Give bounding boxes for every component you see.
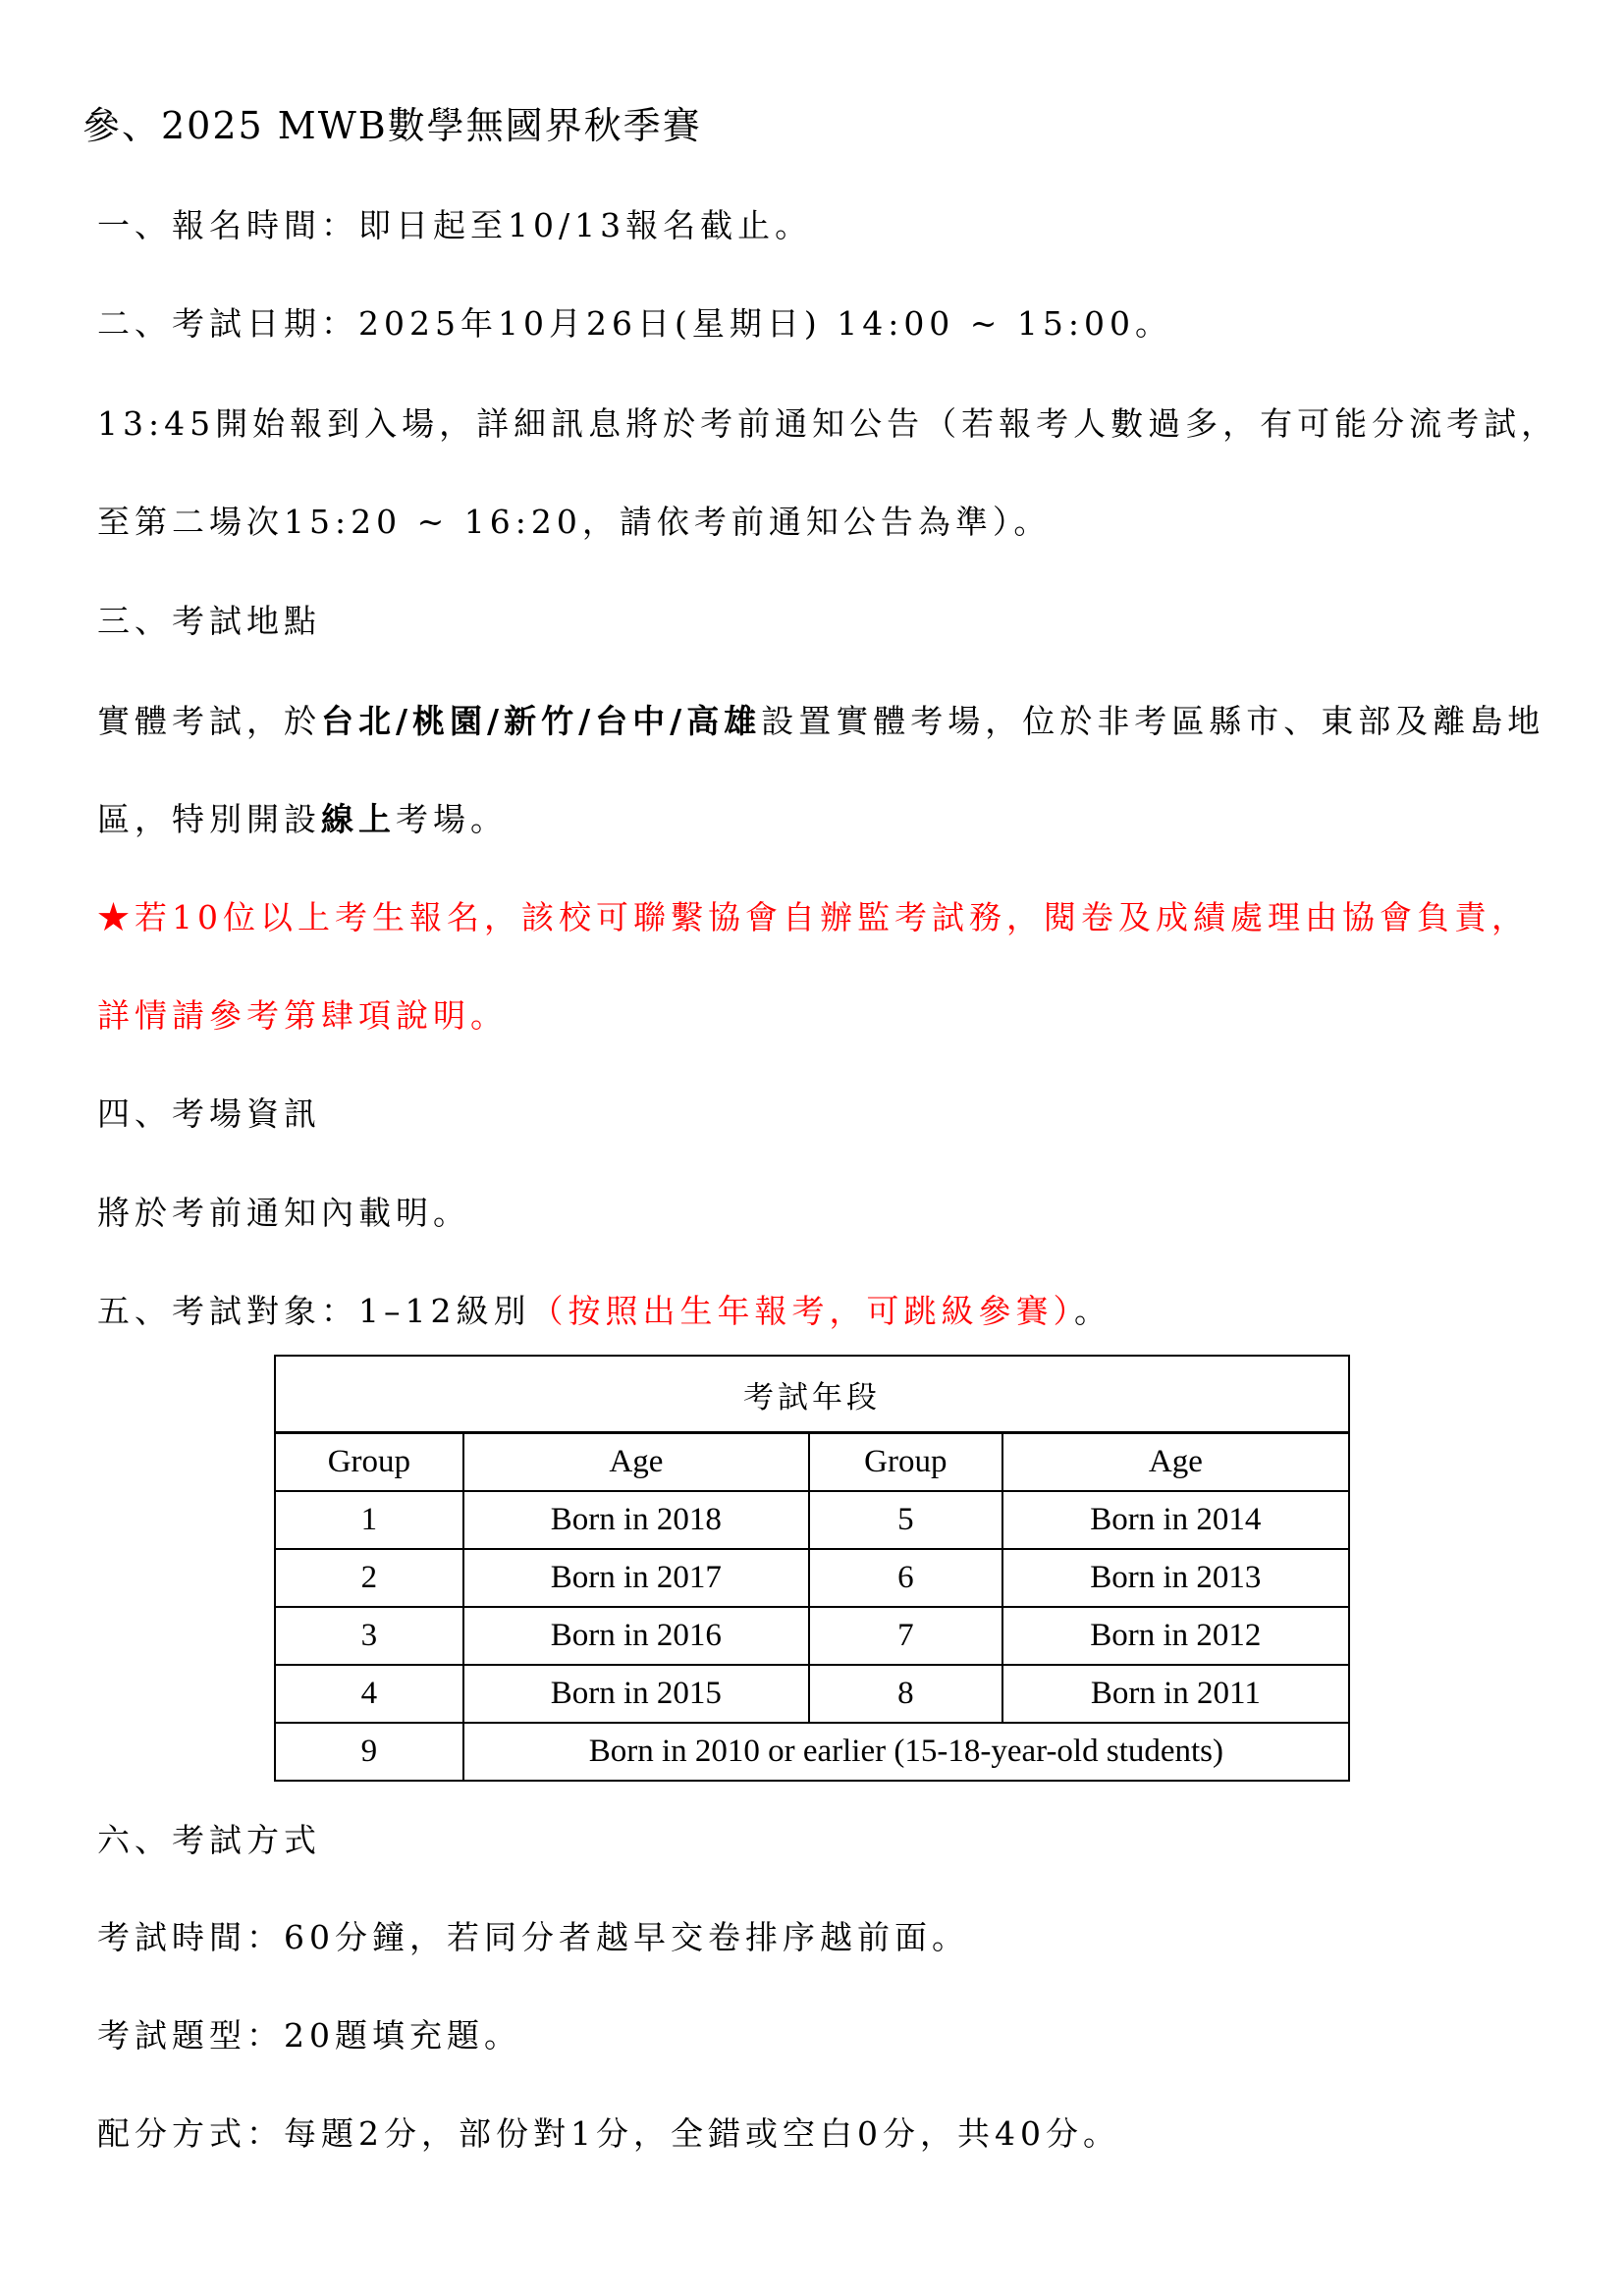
cell: 6	[809, 1549, 1002, 1607]
notice-text: 若10位以上考生報名，該校可聯繫協會自辦監考試務，閱卷及成績處理由協會負責，	[135, 898, 1529, 936]
table-row: 9 Born in 2010 or earlier (15-18-year-ol…	[275, 1723, 1349, 1781]
location-paragraph-line1: 實體考試，於台北/桃園/新竹/台中/高雄設置實體考場，位於非考區縣市、東部及離島…	[97, 702, 1544, 741]
registration-period: 一、報名時間：即日起至10/13報名截止。	[97, 206, 812, 245]
exam-duration: 考試時間：60分鐘，若同分者越早交卷排序越前面。	[97, 1918, 969, 1957]
venue-info-text: 將於考前通知內載明。	[97, 1194, 470, 1233]
location-heading: 三、考試地點	[97, 602, 321, 641]
online-venue: 線上	[321, 800, 396, 838]
cell: Born in 2010 or earlier (15-18-year-old …	[463, 1723, 1349, 1781]
table-row: 1Born in 20185Born in 2014	[275, 1491, 1349, 1549]
header-age: Age	[1002, 1433, 1349, 1492]
cell: Born in 2018	[463, 1491, 809, 1549]
cell: Born in 2011	[1002, 1665, 1349, 1723]
eligibility-end: 。	[1074, 1292, 1111, 1330]
table-row: 2Born in 20176Born in 2013	[275, 1549, 1349, 1607]
section-title: 參、2025 MWB數學無國界秋季賽	[82, 106, 702, 145]
check-in-note-line1: 13:45開始報到入場，詳細訊息將於考前通知公告（若報考人數過多，有可能分流考試…	[97, 404, 1558, 444]
header-age: Age	[463, 1433, 809, 1492]
school-proctor-notice-line2: 詳情請參考第肆項說明。	[97, 996, 508, 1036]
question-type: 考試題型：20題填充題。	[97, 2016, 521, 2056]
cell: Born in 2016	[463, 1607, 809, 1665]
table-caption: 考試年段	[275, 1356, 1349, 1433]
cell: 1	[275, 1491, 463, 1549]
table-row: 3Born in 20167Born in 2012	[275, 1607, 1349, 1665]
table-header-row: Group Age Group Age	[275, 1433, 1349, 1492]
eligibility-label: 五、考試對象：1–12級別	[97, 1292, 531, 1330]
eligibility-note: （按照出生年報考，可跳級參賽）	[531, 1292, 1075, 1330]
location-cities: 台北/桃園/新竹/台中/高雄	[321, 702, 761, 740]
star-icon: ★	[97, 898, 135, 936]
cell: 9	[275, 1723, 463, 1781]
table-row: 4Born in 20158Born in 2011	[275, 1665, 1349, 1723]
cell: Born in 2014	[1002, 1491, 1349, 1549]
header-group: Group	[809, 1433, 1002, 1492]
location-post: 設置實體考場，位於非考區縣市、東部及離島地	[761, 702, 1544, 740]
age-group-table: 考試年段 Group Age Group Age 1Born in 20185B…	[274, 1355, 1350, 1782]
exam-format-heading: 六、考試方式	[97, 1821, 321, 1860]
scoring-method: 配分方式：每題2分，部份對1分，全錯或空白0分，共40分。	[97, 2114, 1120, 2154]
location-paragraph-line2: 區，特別開設線上考場。	[97, 800, 508, 839]
online-post: 考場。	[396, 800, 508, 838]
eligibility: 五、考試對象：1–12級別（按照出生年報考，可跳級參賽）。	[97, 1292, 1111, 1331]
cell: Born in 2015	[463, 1665, 809, 1723]
header-group: Group	[275, 1433, 463, 1492]
cell: Born in 2017	[463, 1549, 809, 1607]
cell: 8	[809, 1665, 1002, 1723]
cell: Born in 2012	[1002, 1607, 1349, 1665]
cell: Born in 2013	[1002, 1549, 1349, 1607]
cell: 2	[275, 1549, 463, 1607]
cell: 5	[809, 1491, 1002, 1549]
cell: 3	[275, 1607, 463, 1665]
cell: 4	[275, 1665, 463, 1723]
school-proctor-notice-line1: ★若10位以上考生報名，該校可聯繫協會自辦監考試務，閱卷及成績處理由協會負責，	[97, 898, 1529, 937]
check-in-note-line2: 至第二場次15:20 ~ 16:20，請依考前通知公告為準）。	[97, 503, 1051, 542]
online-pre: 區，特別開設	[97, 800, 321, 838]
cell: 7	[809, 1607, 1002, 1665]
location-pre: 實體考試，於	[97, 702, 321, 740]
venue-info-heading: 四、考場資訊	[97, 1095, 321, 1134]
exam-date: 二、考試日期：2025年10月26日(星期日) 14:00 ~ 15:00。	[97, 304, 1172, 344]
